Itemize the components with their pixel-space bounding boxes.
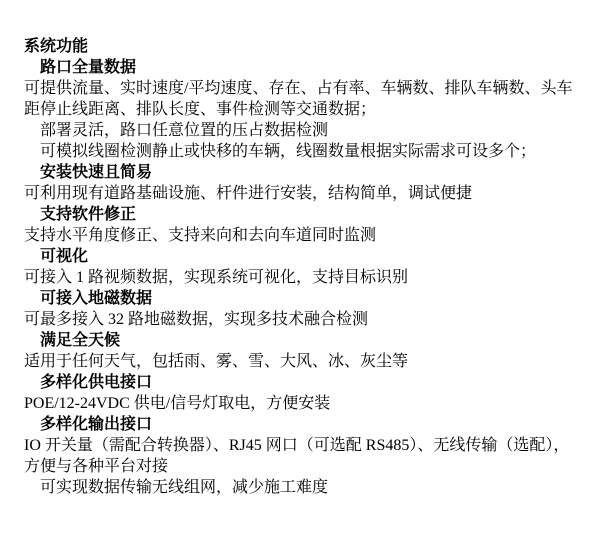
document-content: 系统功能路口全量数据可提供流量、实时速度/平均速度、存在、占有率、车辆数、排队车… — [24, 36, 583, 498]
doc-title: 系统功能 — [24, 36, 583, 57]
section-heading: 满足全天候 — [24, 330, 583, 351]
paragraph: 支持水平角度修正、支持来向和去向车道同时监测 — [24, 225, 583, 246]
document-page: 系统功能路口全量数据可提供流量、实时速度/平均速度、存在、占有率、车辆数、排队车… — [0, 0, 601, 539]
section-heading: 路口全量数据 — [24, 57, 583, 78]
paragraph: POE/12-24VDC 供电/信号灯取电，方便安装 — [24, 393, 583, 414]
paragraph-indented: 部署灵活，路口任意位置的压占数据检测 — [24, 120, 583, 141]
paragraph: 可接入 1 路视频数据，实现系统可视化，支持目标识别 — [24, 267, 583, 288]
paragraph: 可最多接入 32 路地磁数据，实现多技术融合检测 — [24, 309, 583, 330]
section-heading: 多样化输出接口 — [24, 414, 583, 435]
section-heading: 支持软件修正 — [24, 204, 583, 225]
section-heading: 安装快速且简易 — [24, 162, 583, 183]
section-heading: 可视化 — [24, 246, 583, 267]
paragraph: 可提供流量、实时速度/平均速度、存在、占有率、车辆数、排队车辆数、头车距停止线距… — [24, 78, 583, 120]
paragraph: IO 开关量（需配合转换器）、RJ45 网口（可选配 RS485）、无线传输（选… — [24, 435, 583, 477]
paragraph: 适用于任何天气，包括雨、雾、雪、大风、冰、灰尘等 — [24, 351, 583, 372]
section-heading: 多样化供电接口 — [24, 372, 583, 393]
paragraph-indented: 可实现数据传输无线组网，减少施工难度 — [24, 477, 583, 498]
section-heading: 可接入地磁数据 — [24, 288, 583, 309]
paragraph: 可利用现有道路基础设施、杆件进行安装，结构简单，调试便捷 — [24, 183, 583, 204]
paragraph-indented: 可模拟线圈检测静止或快移的车辆，线圈数量根据实际需求可设多个； — [24, 141, 583, 162]
